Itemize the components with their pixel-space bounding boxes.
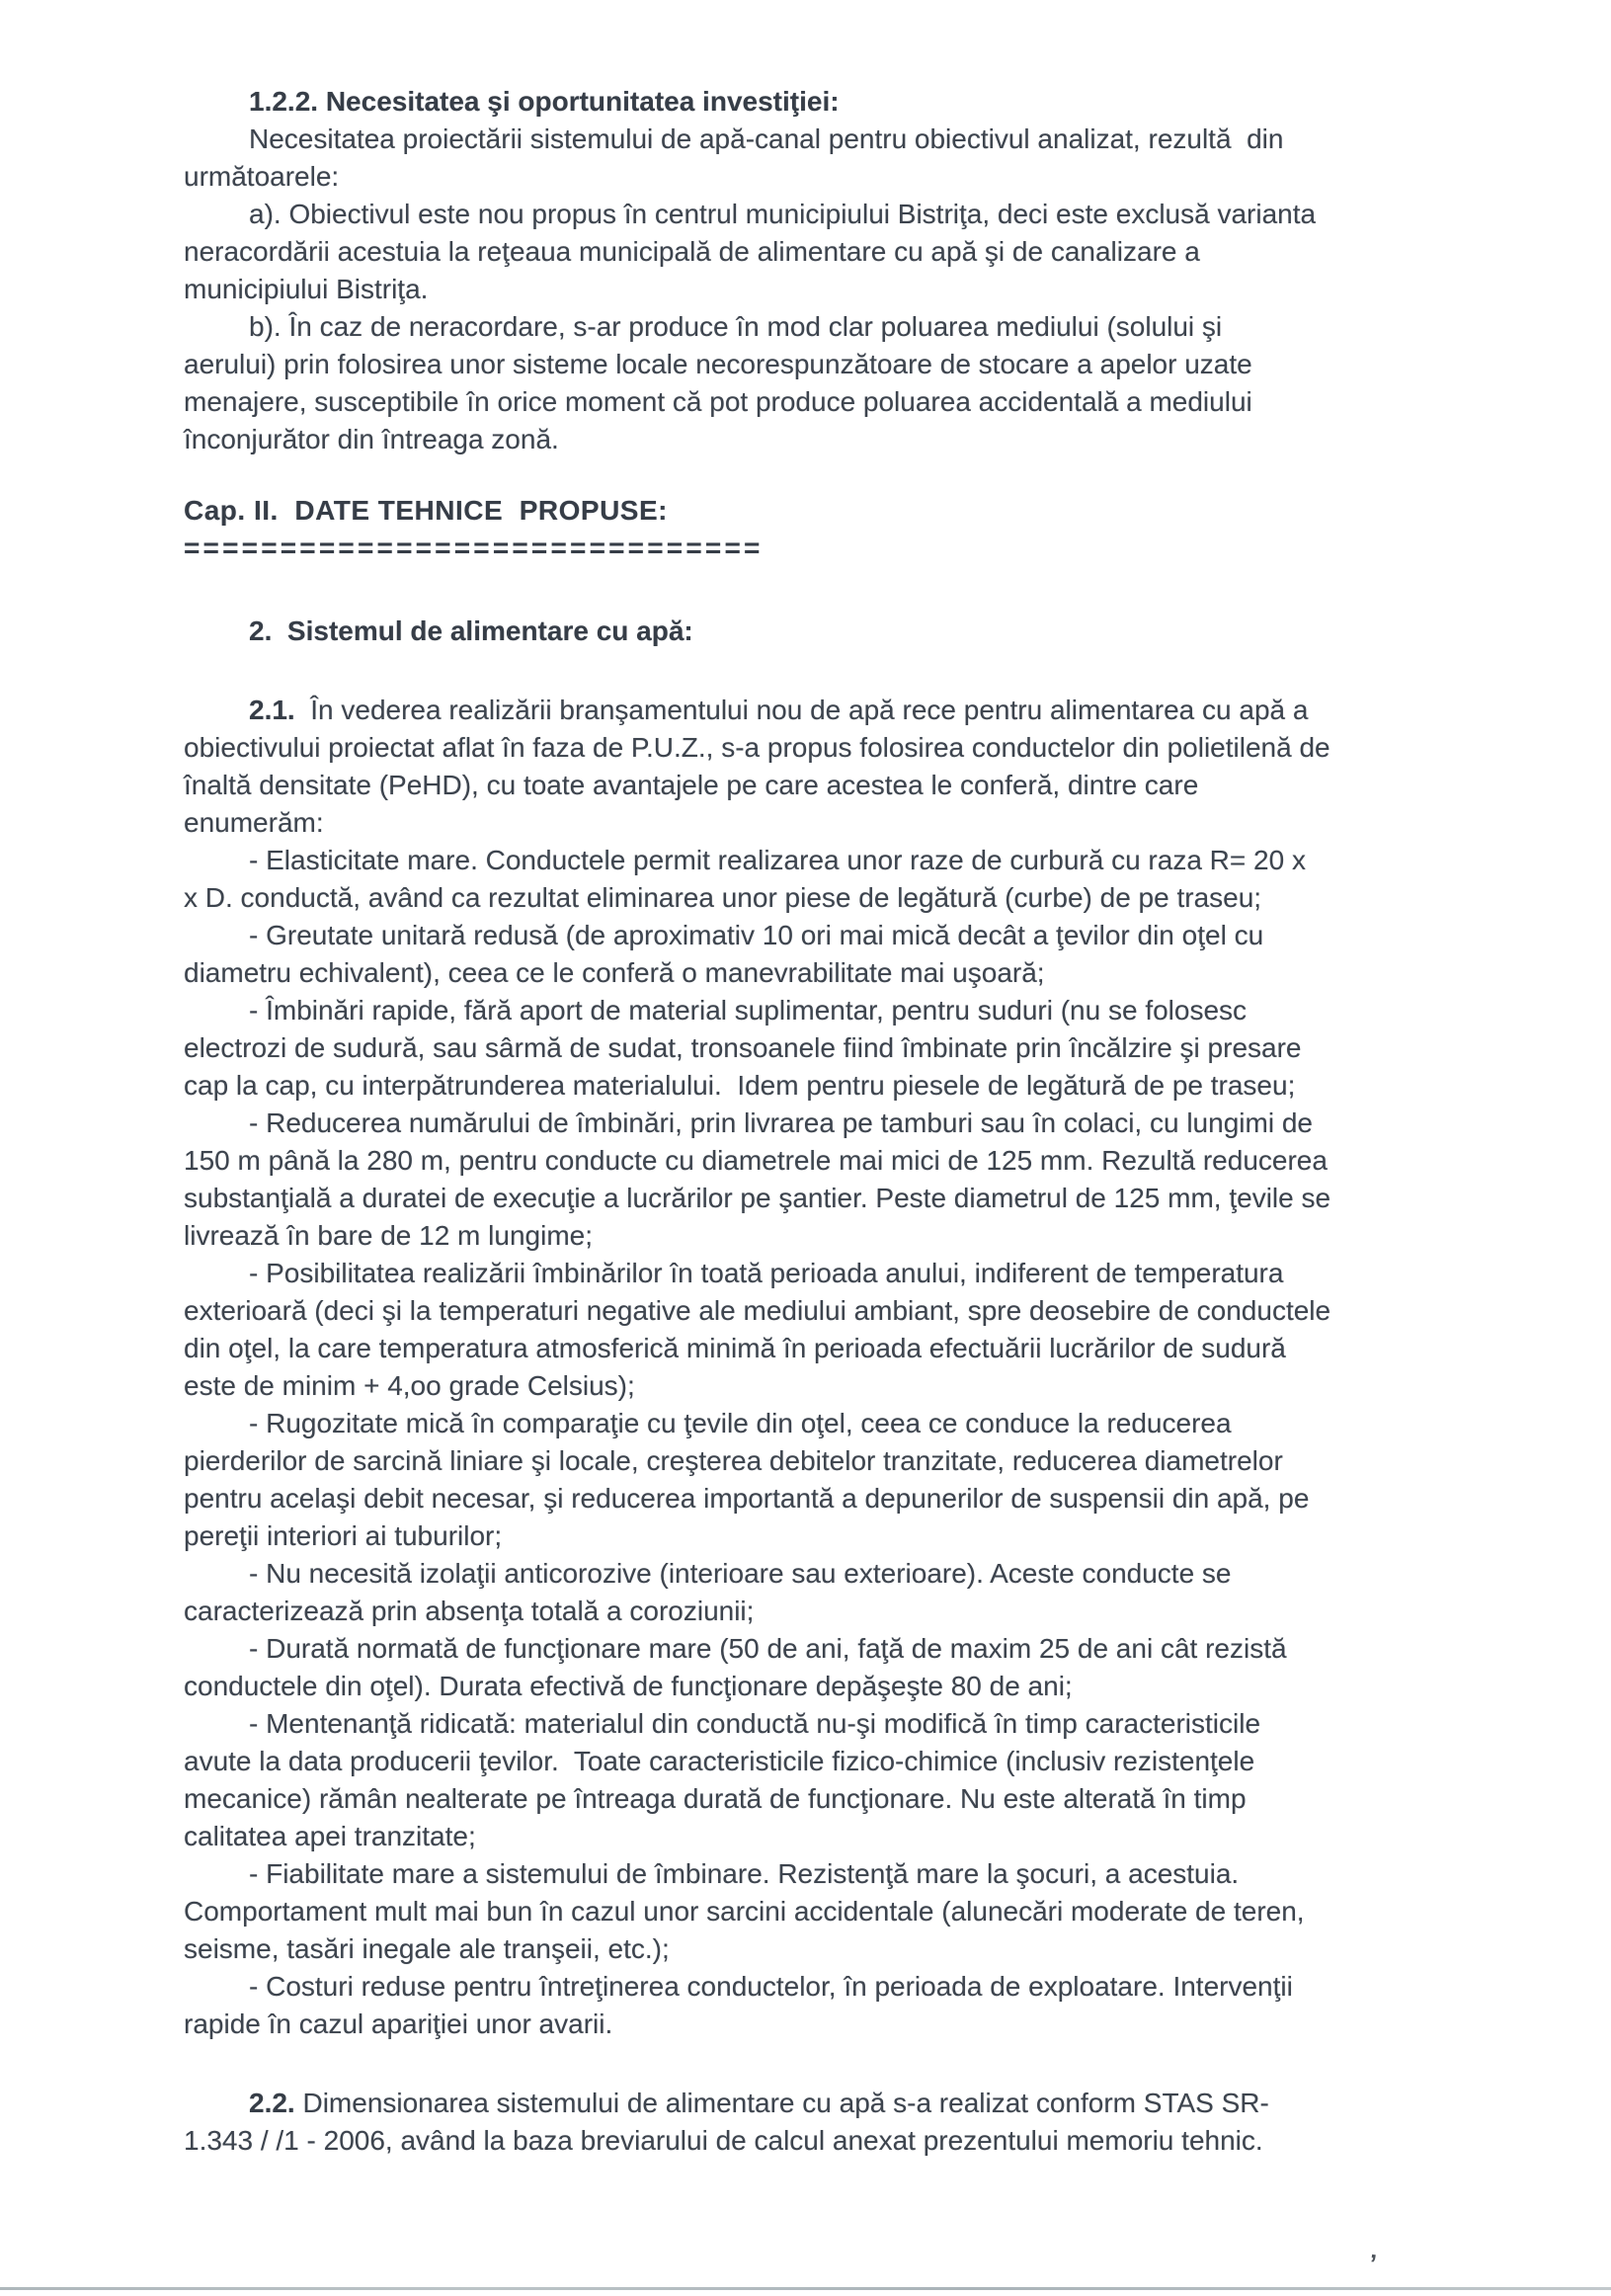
bullet-izolatii: - Nu necesită izolaţii anticorozive (int… [184, 1555, 1586, 1630]
chapter-heading: Cap. II. DATE TEHNICE PROPUSE: [184, 492, 1586, 530]
heading-1-2-2: 1.2.2. Necesitatea şi oportunitatea inve… [184, 83, 1586, 121]
bullet-posibilitatea: - Posibilitatea realizării îmbinărilor î… [184, 1255, 1586, 1405]
para-a: a). Obiectivul este nou propus în centru… [184, 196, 1586, 308]
bullet-durata: - Durată normată de funcţionare mare (50… [184, 1630, 1586, 1705]
bullet-rugozitate: - Rugozitate mică în comparaţie cu ţevil… [184, 1405, 1586, 1555]
bullet-mentenanta: - Mentenanţă ridicată: materialul din co… [184, 1705, 1586, 1855]
para-2-1: 2.1. În vederea realizării branşamentulu… [184, 692, 1586, 842]
bullet-greutate: - Greutate unitară redusă (de aproximati… [184, 917, 1586, 992]
bullet-imbinari: - Îmbinări rapide, fără aport de materia… [184, 992, 1586, 1105]
scanned-document-page: { "page": { "background": "#ffffff", "te… [0, 0, 1611, 2296]
chapter-underline: ============================== [184, 530, 1586, 567]
bullet-fiabilitate: - Fiabilitate mare a sistemului de îmbin… [184, 1855, 1586, 1968]
para-b: b). În caz de neracordare, s-ar produce … [184, 308, 1586, 458]
bullet-elasticitate: - Elasticitate mare. Conductele permit r… [184, 842, 1586, 917]
bullet-reducerea: - Reducerea numărului de îmbinări, prin … [184, 1105, 1586, 1255]
para-2-2-lead: 2.2. [249, 2088, 295, 2118]
bullet-costuri: - Costuri reduse pentru întreţinerea con… [184, 1968, 1586, 2043]
scanner-edge-line [0, 2287, 1611, 2290]
para-necesitatea: Necesitatea proiectării sistemului de ap… [184, 121, 1586, 196]
document-page: 1.2.2. Necesitatea şi oportunitatea inve… [0, 0, 1611, 2296]
document-body: 1.2.2. Necesitatea şi oportunitatea inve… [184, 83, 1586, 2160]
heading-2-sistemul: 2. Sistemul de alimentare cu apă: [184, 613, 1586, 650]
para-2-1-lead: 2.1. [249, 695, 295, 725]
para-2-2: 2.2. Dimensionarea sistemului de aliment… [184, 2085, 1586, 2160]
